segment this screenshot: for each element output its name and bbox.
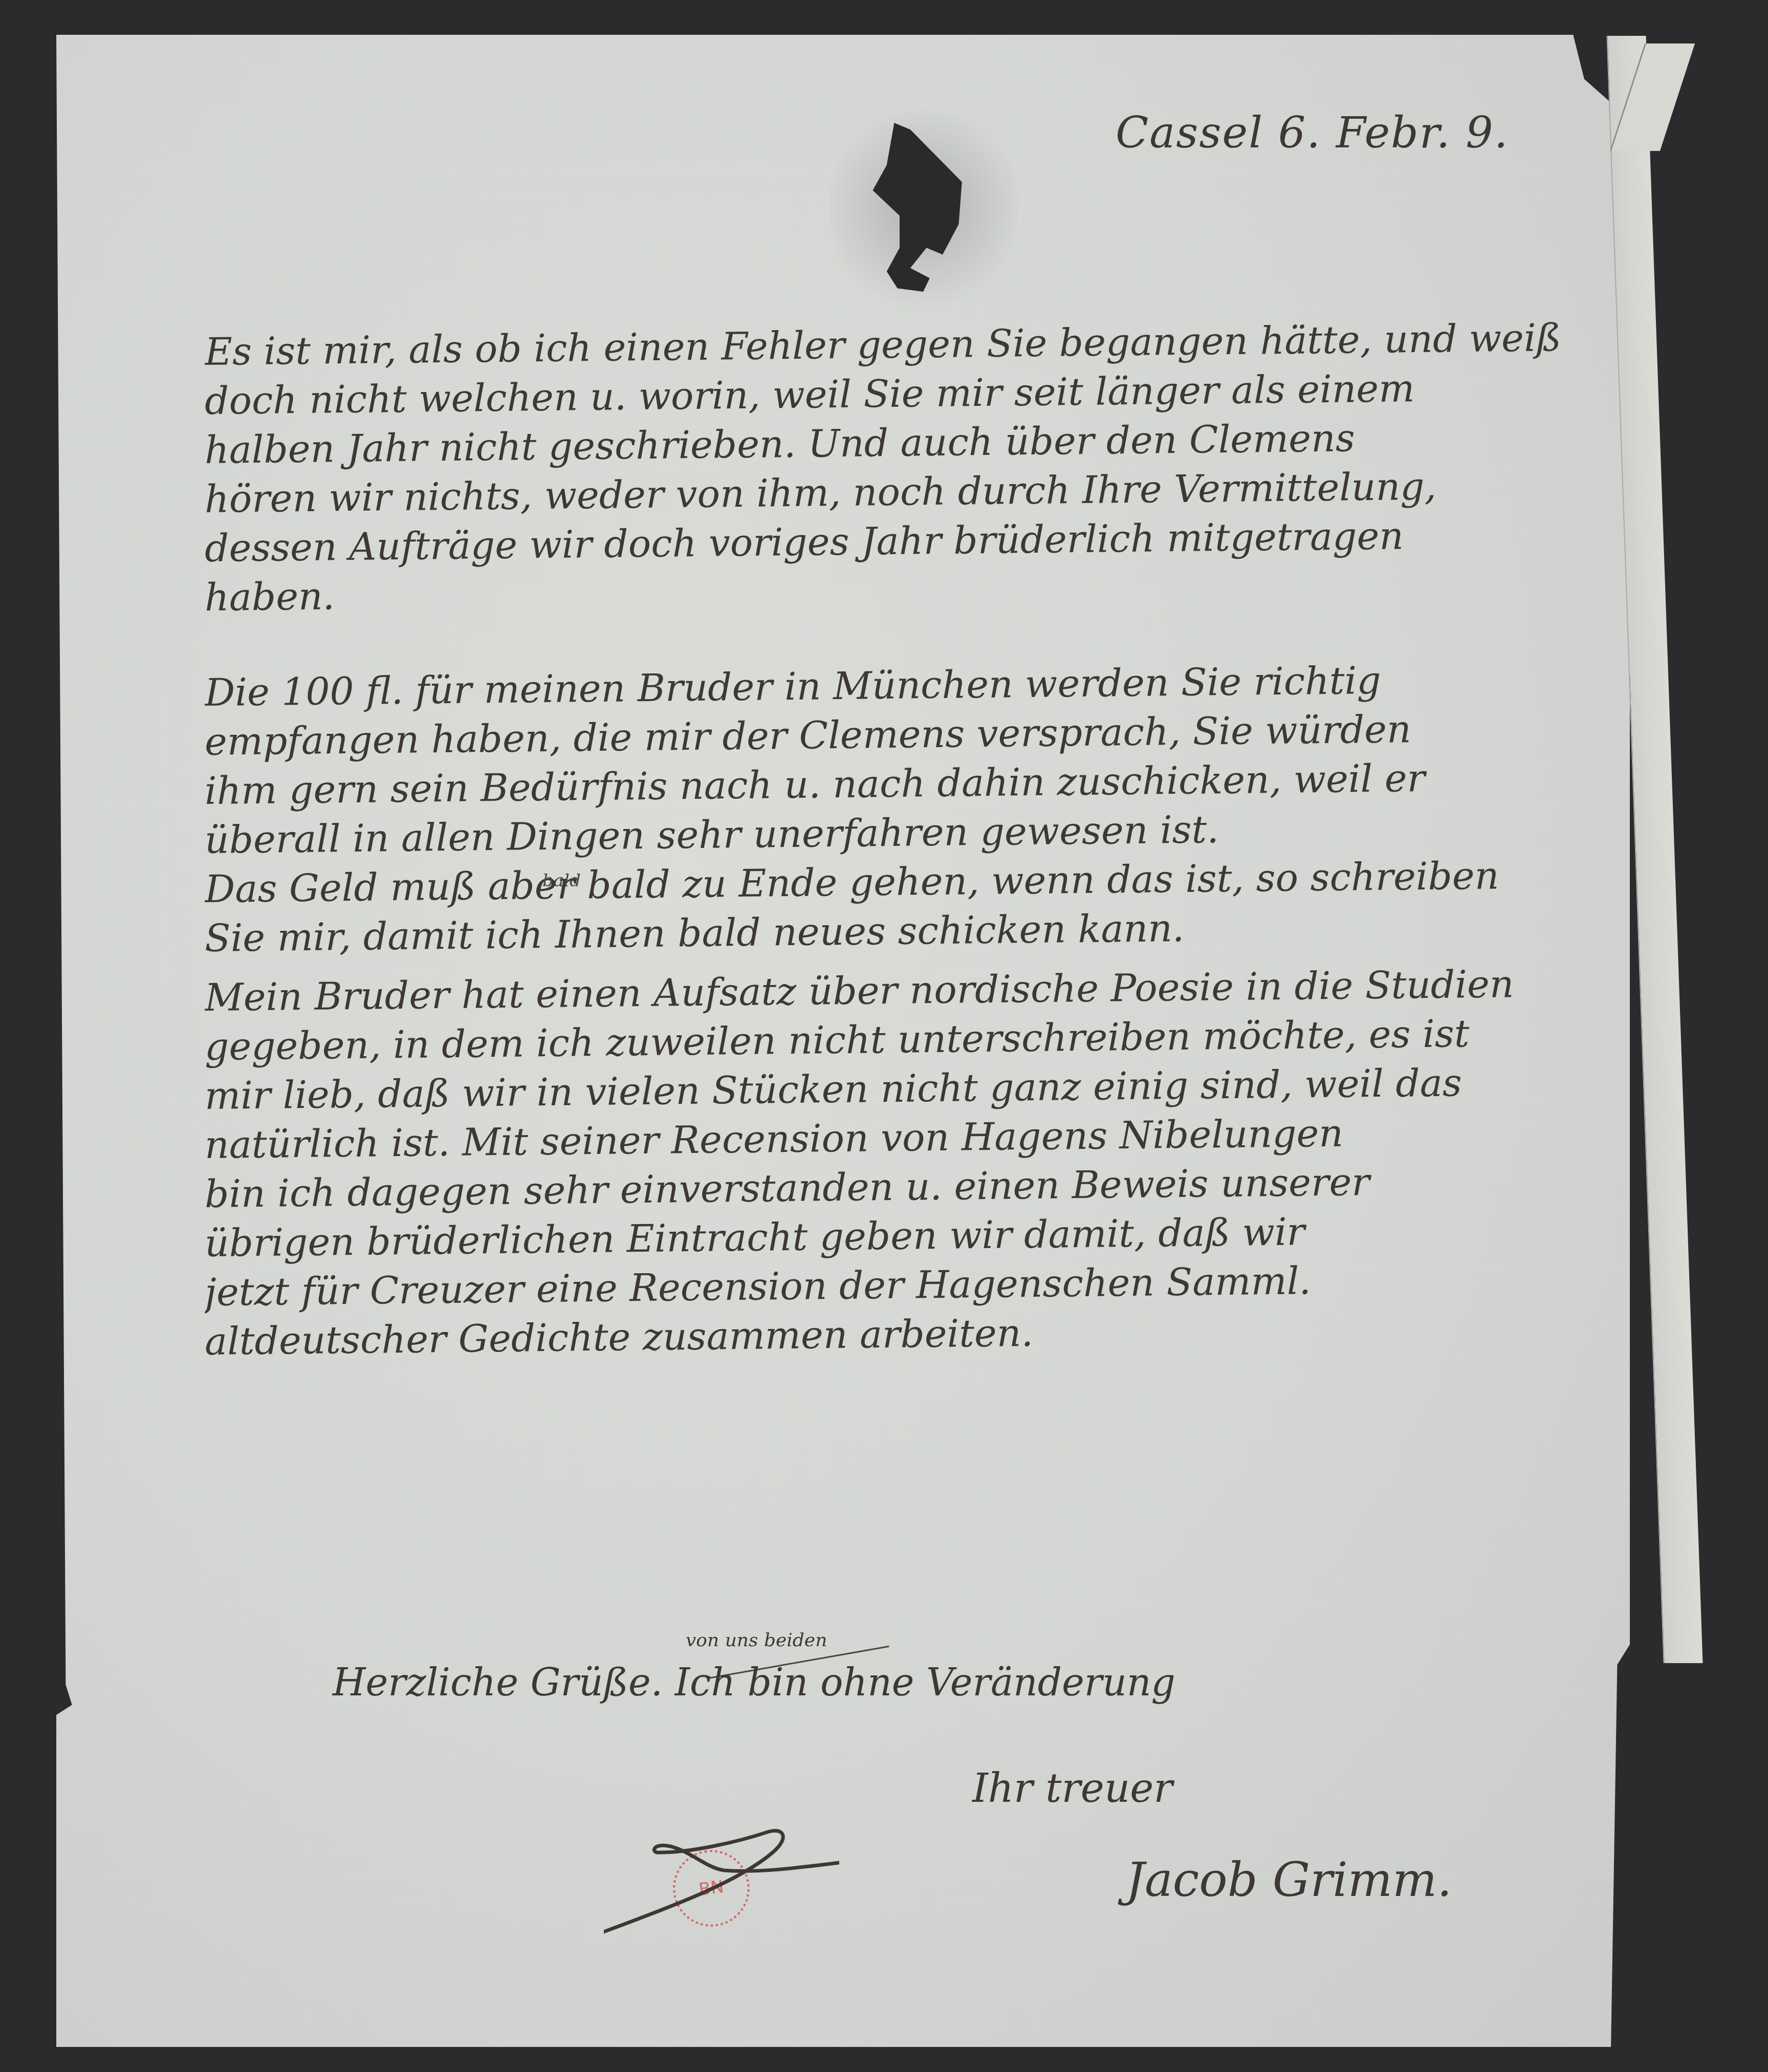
- pen-flourish: [604, 1822, 839, 1939]
- valediction: Ihr treuer: [972, 1765, 1173, 1812]
- paragraph-2: Die 100 fl. für meinen Bruder in München…: [205, 668, 1581, 963]
- signature: Jacob Grimm.: [1126, 1852, 1452, 1907]
- closing-interlinear-insert: von uns beiden: [686, 1630, 827, 1651]
- paragraph-3: Mein Bruder hat einen Aufsatz über nordi…: [205, 973, 1581, 1366]
- letter-body: Es ist mir, als ob ich einen Fehler gege…: [205, 328, 1581, 1366]
- paragraph-1: Es ist mir, als ob ich einen Fehler gege…: [205, 328, 1581, 622]
- closing-line: Herzliche Grüße. Ich bin ohne Veränderun…: [333, 1658, 1175, 1707]
- dateline: Cassel 6. Febr. 9.: [1116, 107, 1509, 158]
- interlinear-insert: bald: [542, 870, 581, 891]
